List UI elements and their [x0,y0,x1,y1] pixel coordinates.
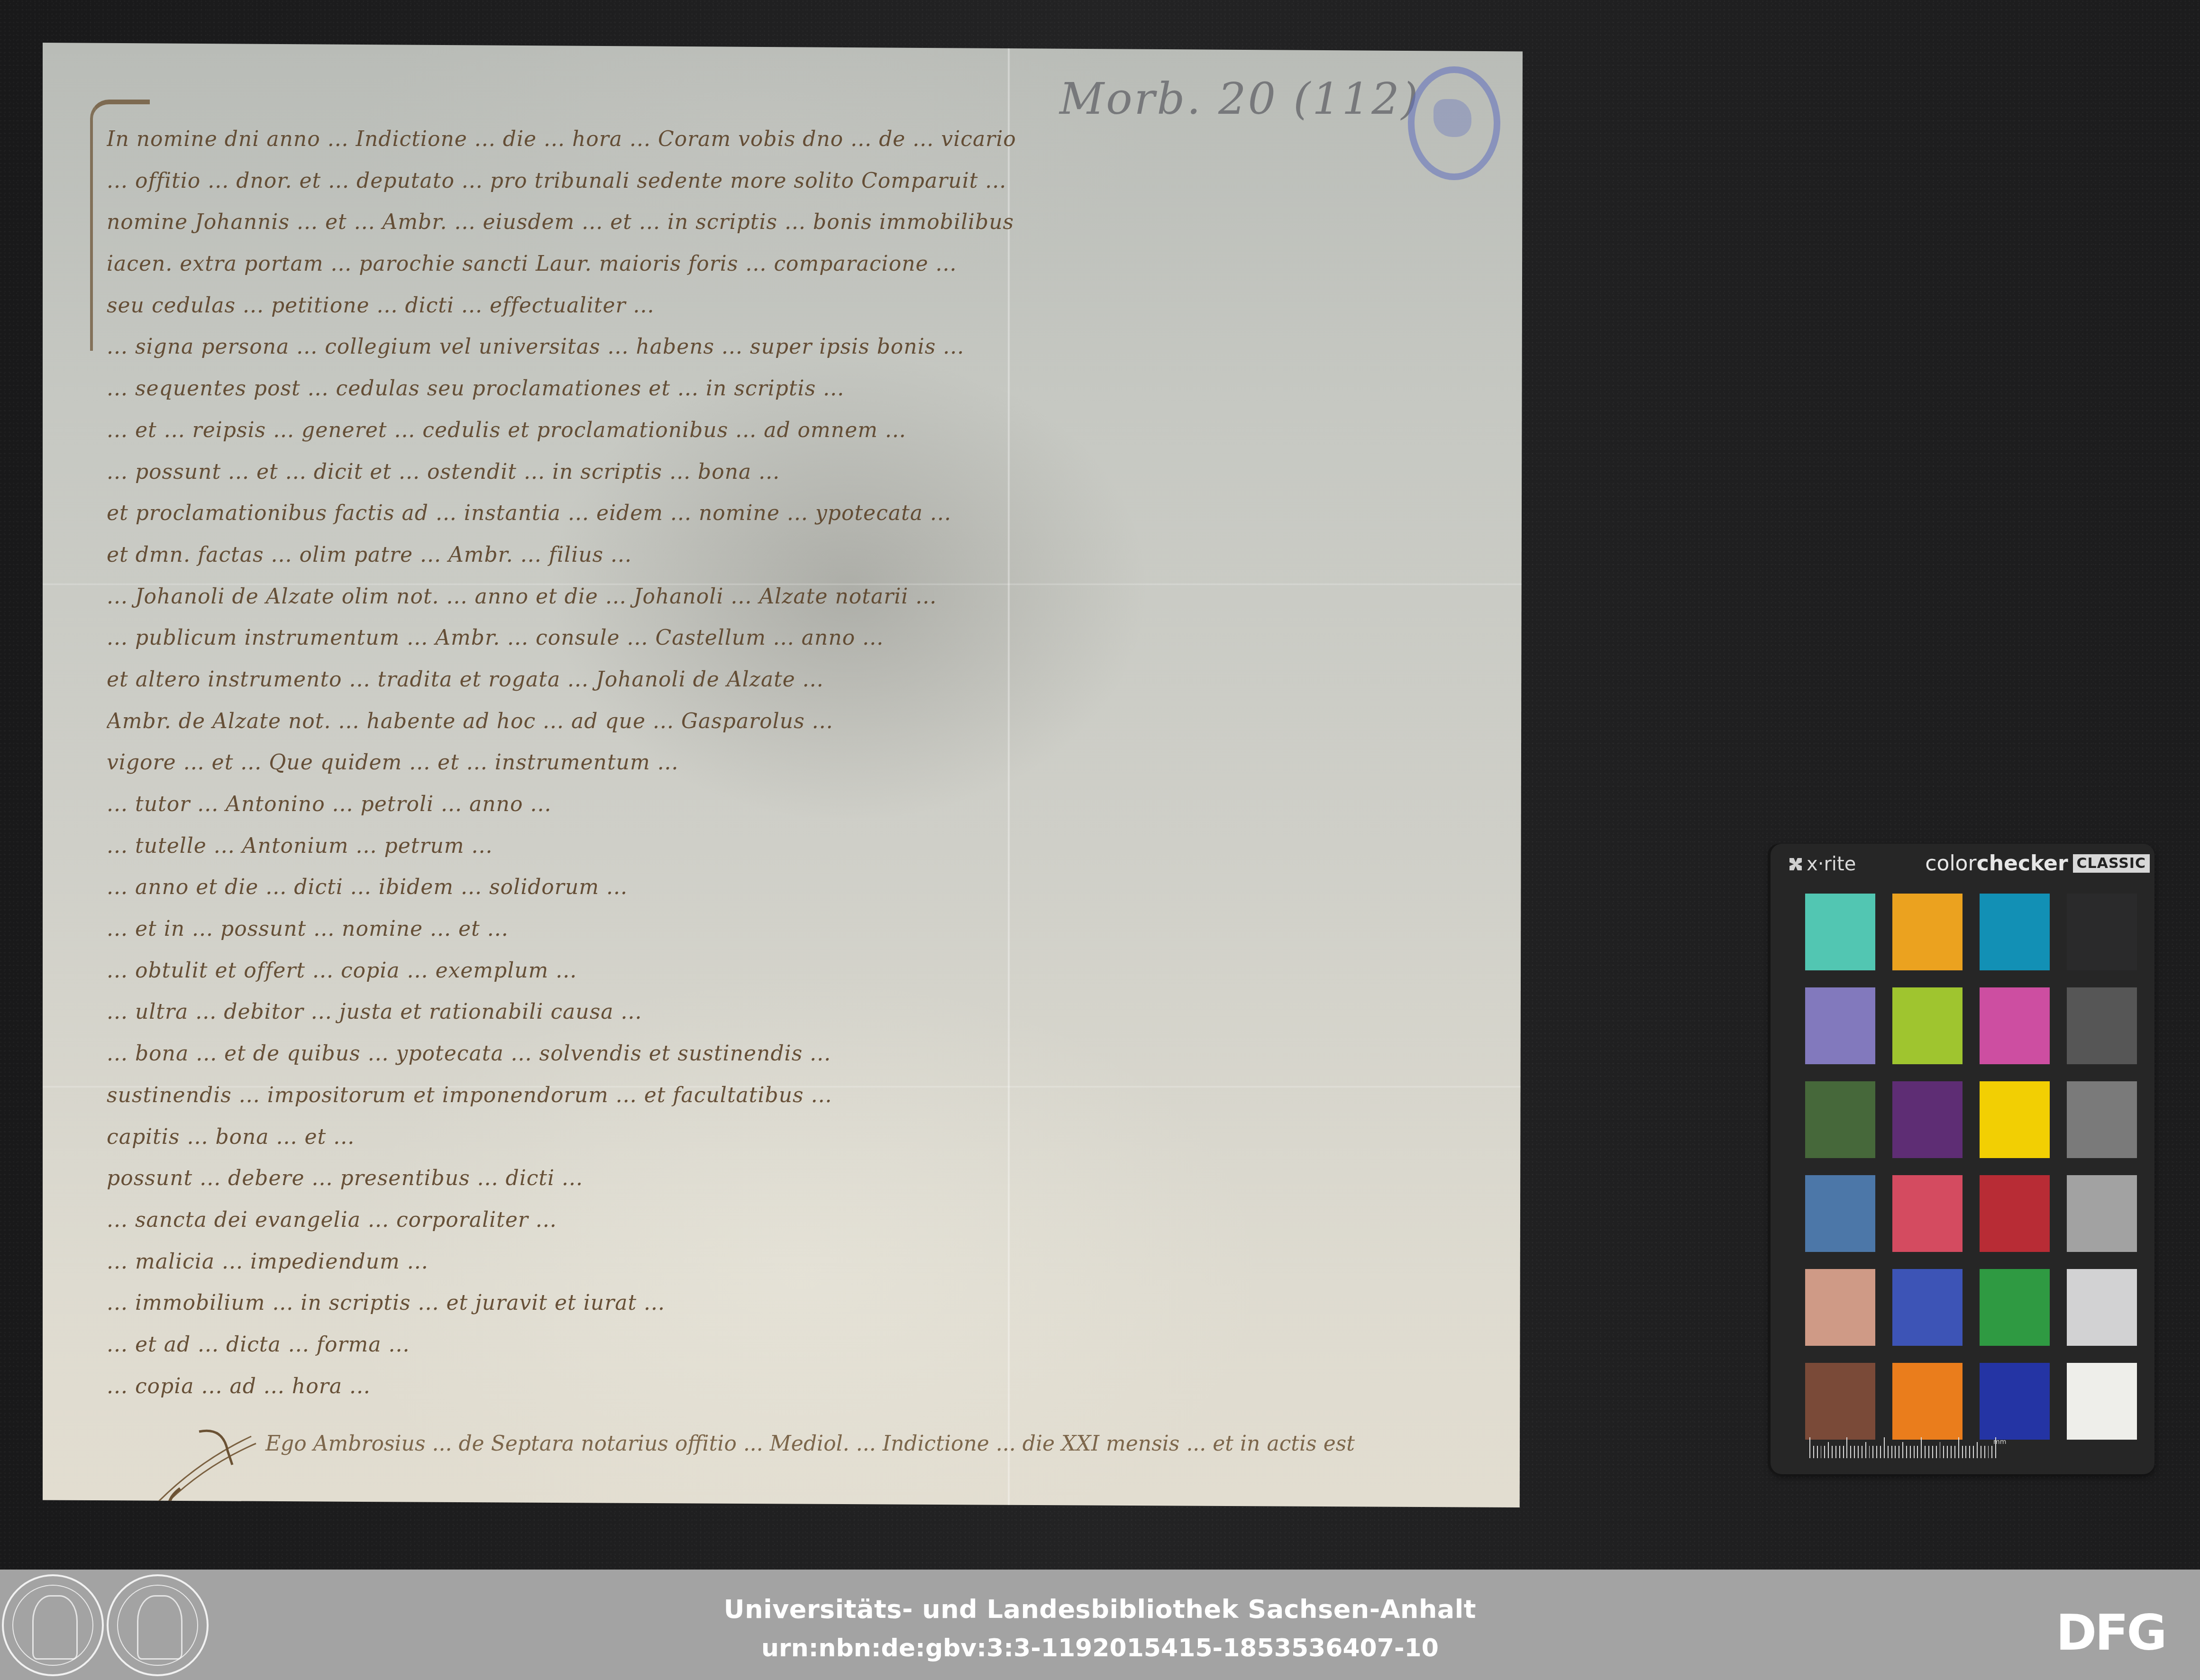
ruler-tick [1902,1442,1903,1458]
ruler-tick [1940,1442,1941,1458]
color-patch [1805,1175,1875,1252]
ruler-tick [1895,1446,1896,1458]
ruler-tick [1906,1446,1907,1458]
color-patch [1980,1175,2050,1252]
color-patch [2067,1175,2137,1252]
text-line: ... obtulit et offert ... copia ... exem… [107,950,1505,992]
ruler-tick [1843,1446,1844,1458]
color-patch-grid [1805,894,2146,1440]
ruler-tick [1977,1442,1978,1458]
ruler-tick [1954,1446,1955,1458]
ruler-tick [1947,1446,1948,1458]
text-line: ... tutelle ... Antonium ... petrum ... [107,825,1505,867]
text-line: vigore ... et ... Que quidem ... et ... … [107,742,1505,784]
color-patch [2067,1363,2137,1440]
color-patch [1980,1269,2050,1346]
color-checker-card: x·rite colorchecker CLASSIC mm [1771,844,2154,1474]
text-line: ... et in ... possunt ... nomine ... et … [107,908,1505,950]
text-line: ... anno et die ... dicti ... ibidem ...… [107,867,1505,908]
ruler-tick [1910,1446,1911,1458]
ruler-tick [1965,1446,1966,1458]
ruler-tick [1809,1437,1810,1458]
color-patch [1805,1363,1875,1440]
text-line: ... et ad ... dicta ... forma ... [107,1324,1505,1366]
text-line: et proclamationibus factis ad ... instan… [107,493,1505,534]
color-patch [1892,1175,1963,1252]
footer-band: Universitäts- und Landesbibliothek Sachs… [0,1570,2200,1680]
ruler-tick [1824,1446,1825,1458]
color-patch [2067,987,2137,1064]
mm-ruler [1809,1437,1999,1458]
color-patch [1980,894,2050,970]
ruler-tick [1821,1446,1822,1458]
manuscript-text: In nomine dni anno ... Indictione ... di… [107,119,1505,1407]
ruler-tick [1828,1442,1829,1458]
ruler-tick [1869,1446,1870,1458]
ruler-tick [1817,1446,1818,1458]
xrite-logo: x·rite [1789,853,1856,875]
ruler-tick [1884,1437,1885,1458]
text-line: In nomine dni anno ... Indictione ... di… [107,119,1505,160]
text-line: capitis ... bona ... et ... [107,1116,1505,1158]
text-line: ... bona ... et de quibus ... ypotecata … [107,1033,1505,1075]
color-patch [1805,894,1875,970]
text-line: ... Johanoli de Alzate olim not. ... ann… [107,576,1505,618]
color-patch [1892,1363,1963,1440]
ruler-tick [1914,1446,1915,1458]
color-patch [1980,1081,2050,1158]
pencil-shelfmark: Morb. 20 (112) [1059,73,1420,124]
text-line: ... tutor ... Antonino ... petroli ... a… [107,784,1505,825]
institution-name: Universitäts- und Landesbibliothek Sachs… [0,1594,2200,1624]
parchment-document: Morb. 20 (112) In nomine dni anno ... In… [43,43,1523,1507]
ruler-tick [1835,1446,1836,1458]
text-line: ... sancta dei evangelia ... corporalite… [107,1199,1505,1241]
ruler-tick [1951,1446,1952,1458]
color-patch [2067,1081,2137,1158]
text-line: nomine Johannis ... et ... Ambr. ... eiu… [107,201,1505,243]
text-line: et altero instrumento ... tradita et rog… [107,659,1505,701]
text-line: sustinendis ... impositorum et imponendo… [107,1075,1505,1116]
ruler-tick [1928,1446,1929,1458]
text-line: ... et ... reipsis ... generet ... cedul… [107,410,1505,451]
ruler-tick [1899,1446,1899,1458]
ruler-tick [1925,1446,1926,1458]
ruler-tick [1969,1446,1970,1458]
classic-badge: CLASSIC [2073,854,2150,873]
ruler-tick [1921,1437,1922,1458]
ruler-tick [1813,1446,1814,1458]
ruler-tick [1988,1446,1989,1458]
notary-subscription: Ego Ambrosius ... de Septara notarius of… [265,1432,1451,1456]
color-patch [1892,987,1963,1064]
text-line: possunt ... debere ... presentibus ... d… [107,1158,1505,1199]
text-line: iacen. extra portam ... parochie sancti … [107,243,1505,285]
xrite-icon [1789,858,1802,870]
color-patch [1805,1081,1875,1158]
dfg-logo-icon: DFG [2056,1604,2165,1662]
color-patch [1892,1081,1963,1158]
text-line: seu cedulas ... petitione ... dicti ... … [107,285,1505,327]
ruler-tick [1832,1446,1833,1458]
urn-identifier: urn:nbn:de:gbv:3:3-1192015415-1853536407… [0,1634,2200,1662]
ruler-tick [1872,1446,1873,1458]
color-patch [1892,894,1963,970]
ruler-tick [1917,1446,1918,1458]
text-line: ... signa persona ... collegium vel univ… [107,326,1505,368]
text-line: ... malicia ... impediendum ... [107,1241,1505,1283]
color-patch [1805,1269,1875,1346]
ruler-tick [1865,1442,1866,1458]
color-patch [1892,1269,1963,1346]
ruler-tick [1981,1446,1981,1458]
ruler-tick [1973,1446,1974,1458]
ruler-tick [1962,1446,1963,1458]
text-line: ... offitio ... dnor. et ... deputato ..… [107,160,1505,202]
text-line: ... sequentes post ... cedulas seu procl… [107,368,1505,410]
ruler-tick [1891,1446,1892,1458]
text-line: et dmn. factas ... olim patre ... Ambr. … [107,534,1505,576]
text-line: ... possunt ... et ... dicit et ... oste… [107,451,1505,493]
ruler-tick [1984,1446,1985,1458]
text-line: ... copia ... ad ... hora ... [107,1366,1505,1407]
text-line: ... ultra ... debitor ... justa et ratio… [107,991,1505,1033]
ruler-tick [1932,1446,1933,1458]
color-patch [1805,987,1875,1064]
ruler-tick [1936,1446,1937,1458]
color-patch [2067,1269,2137,1346]
color-patch [2067,894,2137,970]
text-line: Ambr. de Alzate not. ... habente ad hoc … [107,701,1505,742]
ruler-tick [1846,1437,1847,1458]
ruler-tick [1991,1446,1992,1458]
ruler-tick [1888,1446,1889,1458]
ruler-tick [1850,1446,1851,1458]
ruler-tick [1876,1446,1877,1458]
ruler-tick [1943,1446,1944,1458]
ruler-unit-label: mm [1993,1438,2006,1446]
ruler-tick [1862,1446,1862,1458]
ruler-tick [1958,1437,1959,1458]
ruler-tick [1858,1446,1859,1458]
color-patch [1980,1363,2050,1440]
ruler-tick [1854,1446,1855,1458]
ruler-tick [1839,1446,1840,1458]
text-line: ... immobilium ... in scriptis ... et ju… [107,1282,1505,1324]
colorchecker-title: colorchecker CLASSIC [1925,851,2150,876]
text-line: ... publicum instrumentum ... Ambr. ... … [107,617,1505,659]
ruler-tick [1880,1446,1881,1458]
color-patch [1980,987,2050,1064]
